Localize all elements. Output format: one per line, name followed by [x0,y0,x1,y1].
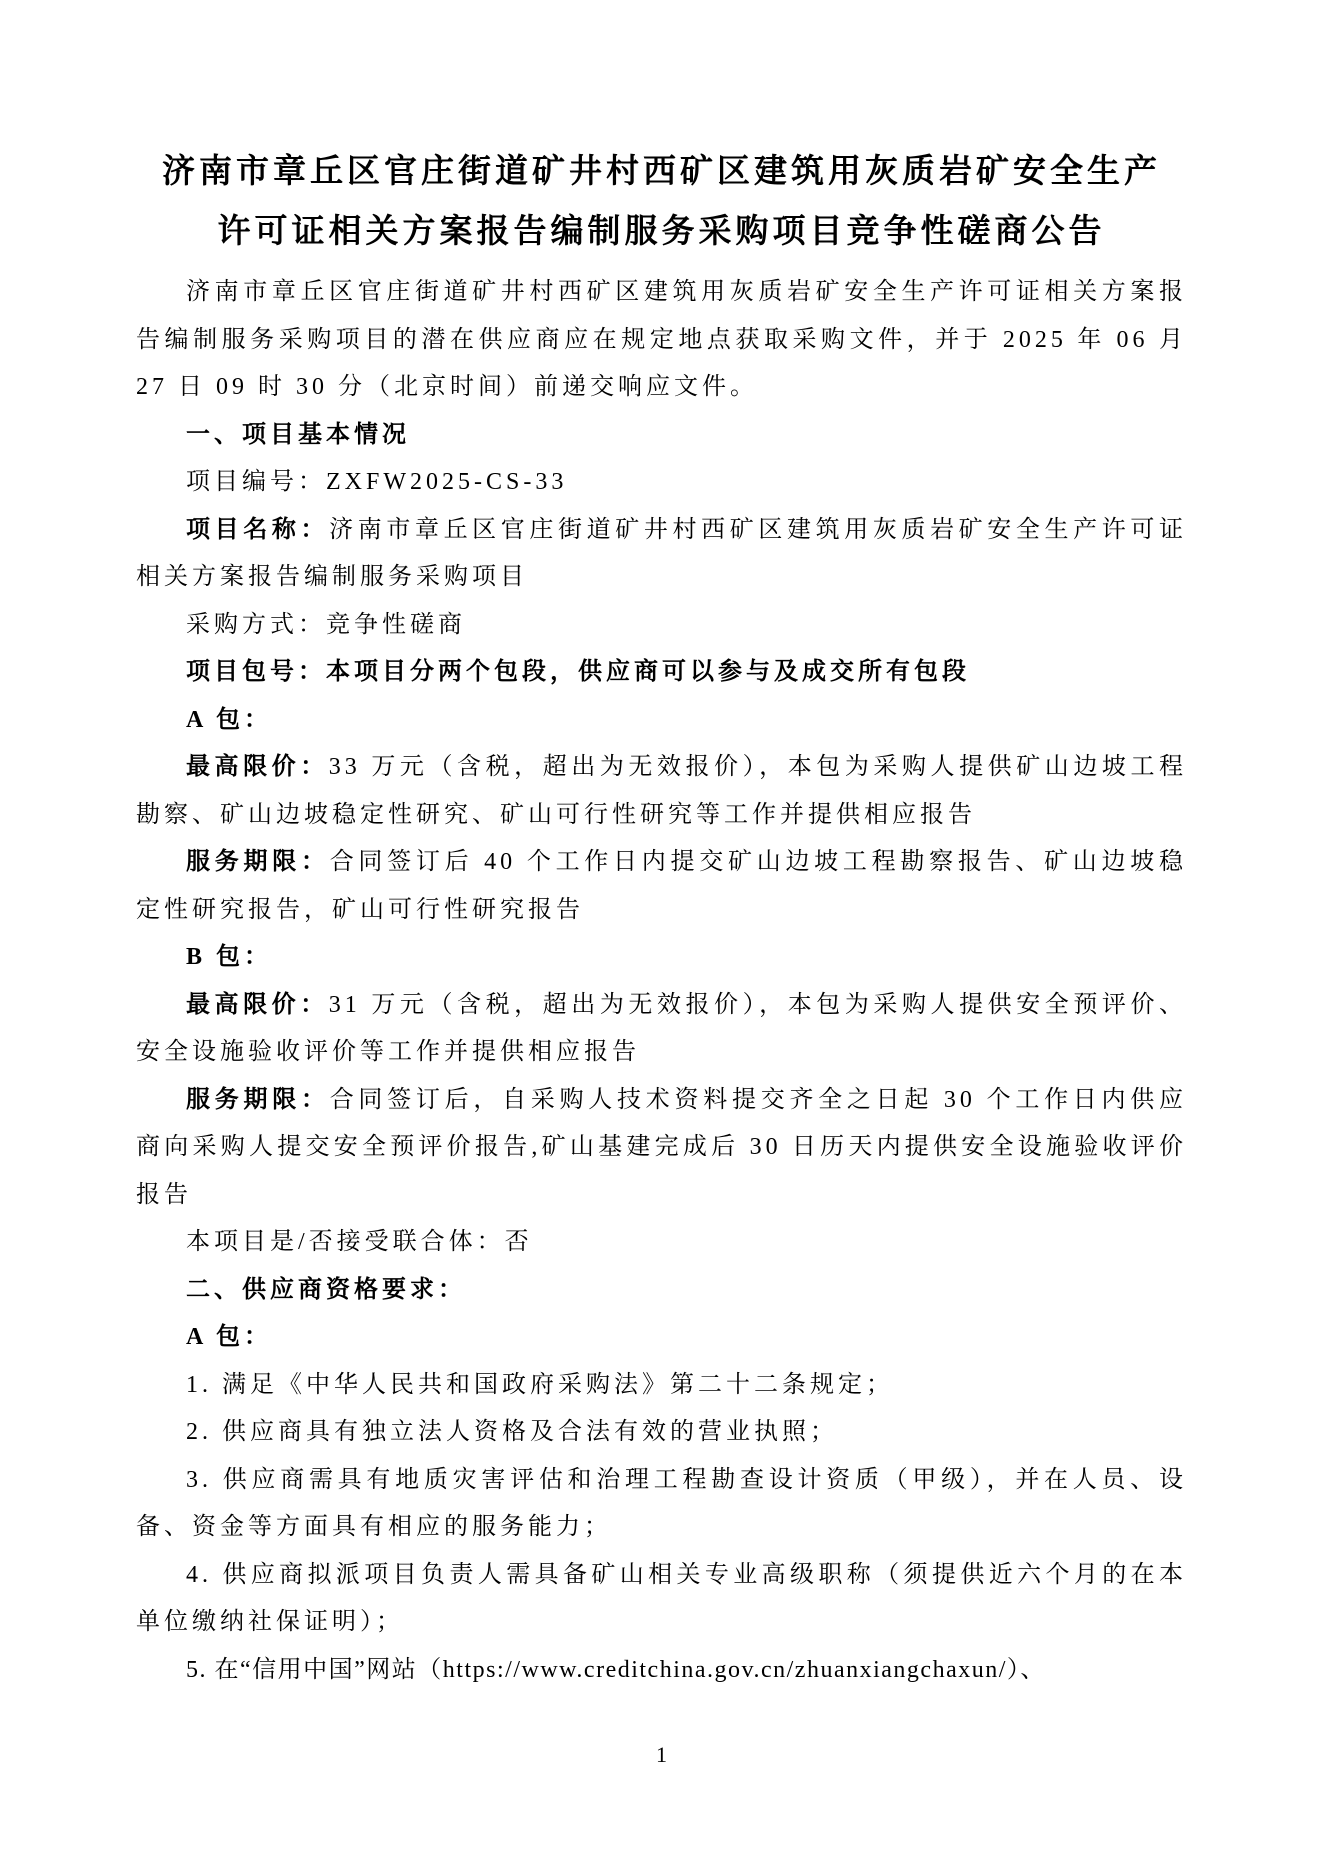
package-a-price-limit: 最高限价：33 万元（含税，超出为无效报价），本包为采购人提供矿山边坡工程勘察、… [136,744,1187,839]
document-page: 济南市章丘区官庄街道矿井村西矿区建筑用灰质岩矿安全生产许可证相关方案报告编制服务… [0,0,1323,1871]
package-a-heading: A 包： [136,697,1187,745]
section-1-heading: 一、项目基本情况 [136,412,1187,460]
package-b-service-period: 服务期限：合同签订后，自采购人技术资料提交齐全之日起 30 个工作日内供应商向采… [136,1077,1187,1220]
project-number-text: 项目编号：ZXFW2025-CS-33 [186,469,567,495]
project-packages-label: 项目包号：本项目分两个包段，供应商可以参与及成交所有包段 [186,659,970,685]
qualification-item-1-text: 1. 满足《中华人民共和国政府采购法》第二十二条规定； [186,1372,894,1398]
package-b-price-limit-label: 最高限价： [186,992,329,1018]
package-b-price-limit: 最高限价：31 万元（含税，超出为无效报价），本包为采购人提供安全预评价、安全设… [136,982,1187,1077]
qualification-item-5-text: 5. 在“信用中国”网站（https://www.creditchina.gov… [186,1657,1046,1683]
qualification-item-4: 4. 供应商拟派项目负责人需具备矿山相关专业高级职称（须提供近六个月的在本单位缴… [136,1552,1187,1647]
qualification-item-4-text: 4. 供应商拟派项目负责人需具备矿山相关专业高级职称（须提供近六个月的在本单位缴… [136,1562,1187,1636]
project-name-label: 项目名称： [186,517,329,543]
procurement-method: 采购方式：竞争性磋商 [136,602,1187,650]
qualification-item-1: 1. 满足《中华人民共和国政府采购法》第二十二条规定； [136,1362,1187,1410]
project-packages: 项目包号：本项目分两个包段，供应商可以参与及成交所有包段 [136,649,1187,697]
qualification-item-2-text: 2. 供应商具有独立法人资格及合法有效的营业执照； [186,1419,838,1445]
section-1-heading-label: 一、项目基本情况 [186,422,410,448]
procurement-method-text: 采购方式：竞争性磋商 [186,612,466,638]
qualification-item-3: 3. 供应商需具有地质灾害评估和治理工程勘查设计资质（甲级），并在人员、设备、资… [136,1457,1187,1552]
package-b-heading: B 包： [136,934,1187,982]
document-title: 济南市章丘区官庄街道矿井村西矿区建筑用灰质岩矿安全生产许可证相关方案报告编制服务… [150,142,1173,262]
document-body: 济南市章丘区官庄街道矿井村西矿区建筑用灰质岩矿安全生产许可证相关方案报告编制服务… [136,269,1187,1694]
package-b-service-period-label: 服务期限： [186,1087,330,1113]
consortium-acceptance: 本项目是/否接受联合体：否 [136,1219,1187,1267]
package-a-heading-label: A 包： [186,707,272,733]
qualification-item-2: 2. 供应商具有独立法人资格及合法有效的营业执照； [136,1409,1187,1457]
consortium-acceptance-text: 本项目是/否接受联合体：否 [186,1229,533,1255]
package-a-service-period-label: 服务期限： [186,849,330,875]
qualification-item-5: 5. 在“信用中国”网站（https://www.creditchina.gov… [136,1647,1187,1695]
package-a-price-limit-label: 最高限价： [186,754,329,780]
intro-paragraph: 济南市章丘区官庄街道矿井村西矿区建筑用灰质岩矿安全生产许可证相关方案报告编制服务… [136,269,1187,412]
package-b-heading-label: B 包： [186,944,272,970]
project-number: 项目编号：ZXFW2025-CS-33 [136,459,1187,507]
qualification-item-3-text: 3. 供应商需具有地质灾害评估和治理工程勘查设计资质（甲级），并在人员、设备、资… [136,1467,1187,1541]
qualifications-package-a-label: A 包： [186,1324,272,1350]
qualifications-package-a-heading: A 包： [136,1314,1187,1362]
project-name: 项目名称：济南市章丘区官庄街道矿井村西矿区建筑用灰质岩矿安全生产许可证相关方案报… [136,507,1187,602]
package-a-service-period: 服务期限：合同签订后 40 个工作日内提交矿山边坡工程勘察报告、矿山边坡稳定性研… [136,839,1187,934]
section-2-heading: 二、供应商资格要求： [136,1267,1187,1315]
section-2-heading-label: 二、供应商资格要求： [186,1277,466,1303]
page-number: 1 [0,1742,1323,1768]
intro-text: 济南市章丘区官庄街道矿井村西矿区建筑用灰质岩矿安全生产许可证相关方案报告编制服务… [136,279,1187,400]
